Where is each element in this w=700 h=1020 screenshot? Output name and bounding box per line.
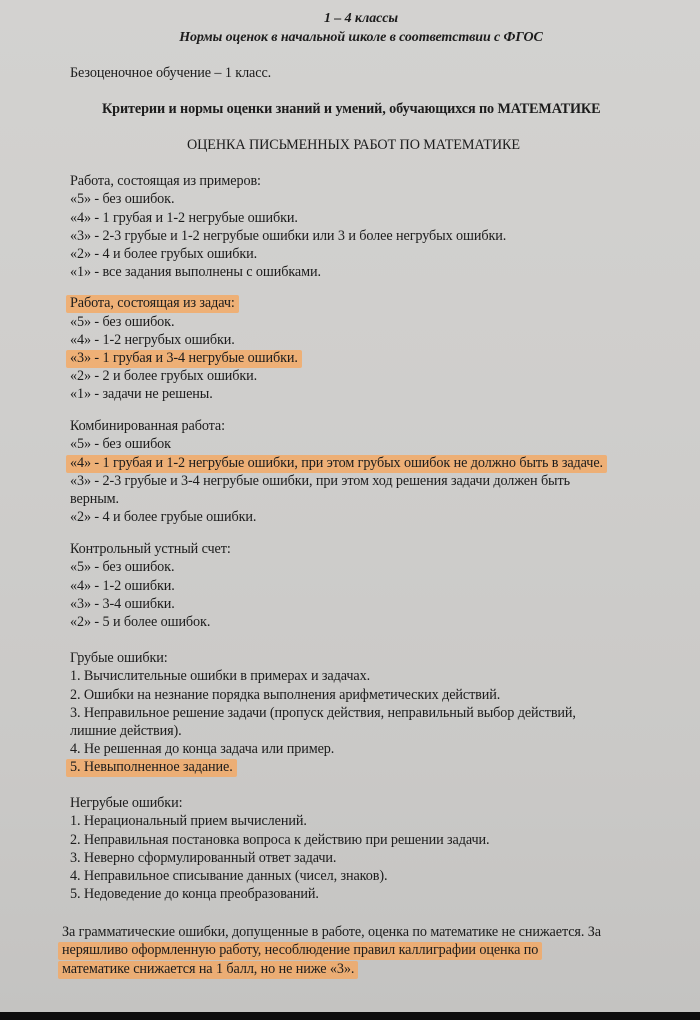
grades-title: 1 – 4 классы [0, 10, 700, 28]
oral-heading: Контрольный устный счет: [70, 540, 231, 558]
gross-errors-item: лишние действия). [70, 722, 182, 740]
minor-errors-item: 1. Нерациональный прием вычислений. [70, 812, 307, 830]
highlight: неряшливо оформленную работу, несоблюден… [58, 942, 542, 960]
minor-errors-item: 2. Неправильная постановка вопроса к дей… [70, 831, 489, 849]
gross-errors-item: 4. Не решенная до конца задача или приме… [70, 740, 334, 758]
minor-errors-heading: Негрубые ошибки: [70, 794, 182, 812]
document-page: 1 – 4 классы Нормы оценок в начальной шк… [0, 0, 700, 1012]
gross-errors-item: 2. Ошибки на незнание порядка выполнения… [70, 686, 500, 704]
highlight: математике снижается на 1 балл, но не ни… [58, 961, 358, 979]
oral-item: «3» - 3-4 ошибки. [70, 595, 175, 613]
highlight: «3» - 1 грубая и 3-4 негрубые ошибки. [66, 350, 302, 368]
tasks-item: «1» - задачи не решены. [70, 385, 213, 403]
tasks-item: «4» - 1-2 негрубых ошибки. [70, 331, 235, 349]
section-title: ОЦЕНКА ПИСЬМЕННЫХ РАБОТ ПО МАТЕМАТИКЕ [187, 136, 520, 154]
tasks-item: «2» - 2 и более грубых ошибки. [70, 367, 257, 385]
criteria-title: Критерии и нормы оценки знаний и умений,… [102, 100, 600, 118]
combined-item: «2» - 4 и более грубые ошибки. [70, 508, 256, 526]
highlight: Работа, состоящая из задач: [66, 295, 239, 313]
combined-item: «3» - 2-3 грубые и 3-4 негрубые ошибки, … [70, 472, 570, 490]
oral-item: «2» - 5 и более ошибок. [70, 613, 210, 631]
tasks-item: «5» - без ошибок. [70, 313, 174, 331]
footer-line: неряшливо оформленную работу, несоблюден… [62, 941, 542, 959]
combined-item: «4» - 1 грубая и 1-2 негрубые ошибки, пр… [70, 454, 607, 472]
minor-errors-item: 3. Неверно сформулированный ответ задачи… [70, 849, 336, 867]
combined-item: «5» - без ошибок [70, 435, 171, 453]
minor-errors-item: 5. Недоведение до конца преобразований. [70, 885, 319, 903]
document-subtitle: Нормы оценок в начальной школе в соответ… [0, 29, 700, 47]
minor-errors-item: 4. Неправильное списывание данных (чисел… [70, 867, 387, 885]
tasks-heading: Работа, состоящая из задач: [70, 294, 239, 312]
footer-line: За грамматические ошибки, допущенные в р… [62, 923, 601, 941]
examples-item: «4» - 1 грубая и 1-2 негрубые ошибки. [70, 209, 298, 227]
intro-text: Безоценочное обучение – 1 класс. [70, 64, 271, 82]
gross-errors-heading: Грубые ошибки: [70, 649, 168, 667]
examples-item: «5» - без ошибок. [70, 190, 174, 208]
highlight: «4» - 1 грубая и 1-2 негрубые ошибки, пр… [66, 455, 607, 473]
examples-item: «2» - 4 и более грубых ошибки. [70, 245, 257, 263]
oral-item: «4» - 1-2 ошибки. [70, 577, 175, 595]
tasks-item: «3» - 1 грубая и 3-4 негрубые ошибки. [70, 349, 302, 367]
gross-errors-item: 1. Вычислительные ошибки в примерах и за… [70, 667, 370, 685]
oral-item: «5» - без ошибок. [70, 558, 174, 576]
examples-item: «1» - все задания выполнены с ошибками. [70, 263, 321, 281]
combined-item: верным. [70, 490, 119, 508]
combined-heading: Комбинированная работа: [70, 417, 225, 435]
highlight: 5. Невыполненное задание. [66, 759, 237, 777]
footer-line: математике снижается на 1 балл, но не ни… [62, 960, 358, 978]
gross-errors-item: 5. Невыполненное задание. [70, 758, 237, 776]
gross-errors-item: 3. Неправильное решение задачи (пропуск … [70, 704, 576, 722]
bottom-edge [0, 1012, 700, 1020]
examples-heading: Работа, состоящая из примеров: [70, 172, 261, 190]
examples-item: «3» - 2-3 грубые и 1-2 негрубые ошибки и… [70, 227, 506, 245]
